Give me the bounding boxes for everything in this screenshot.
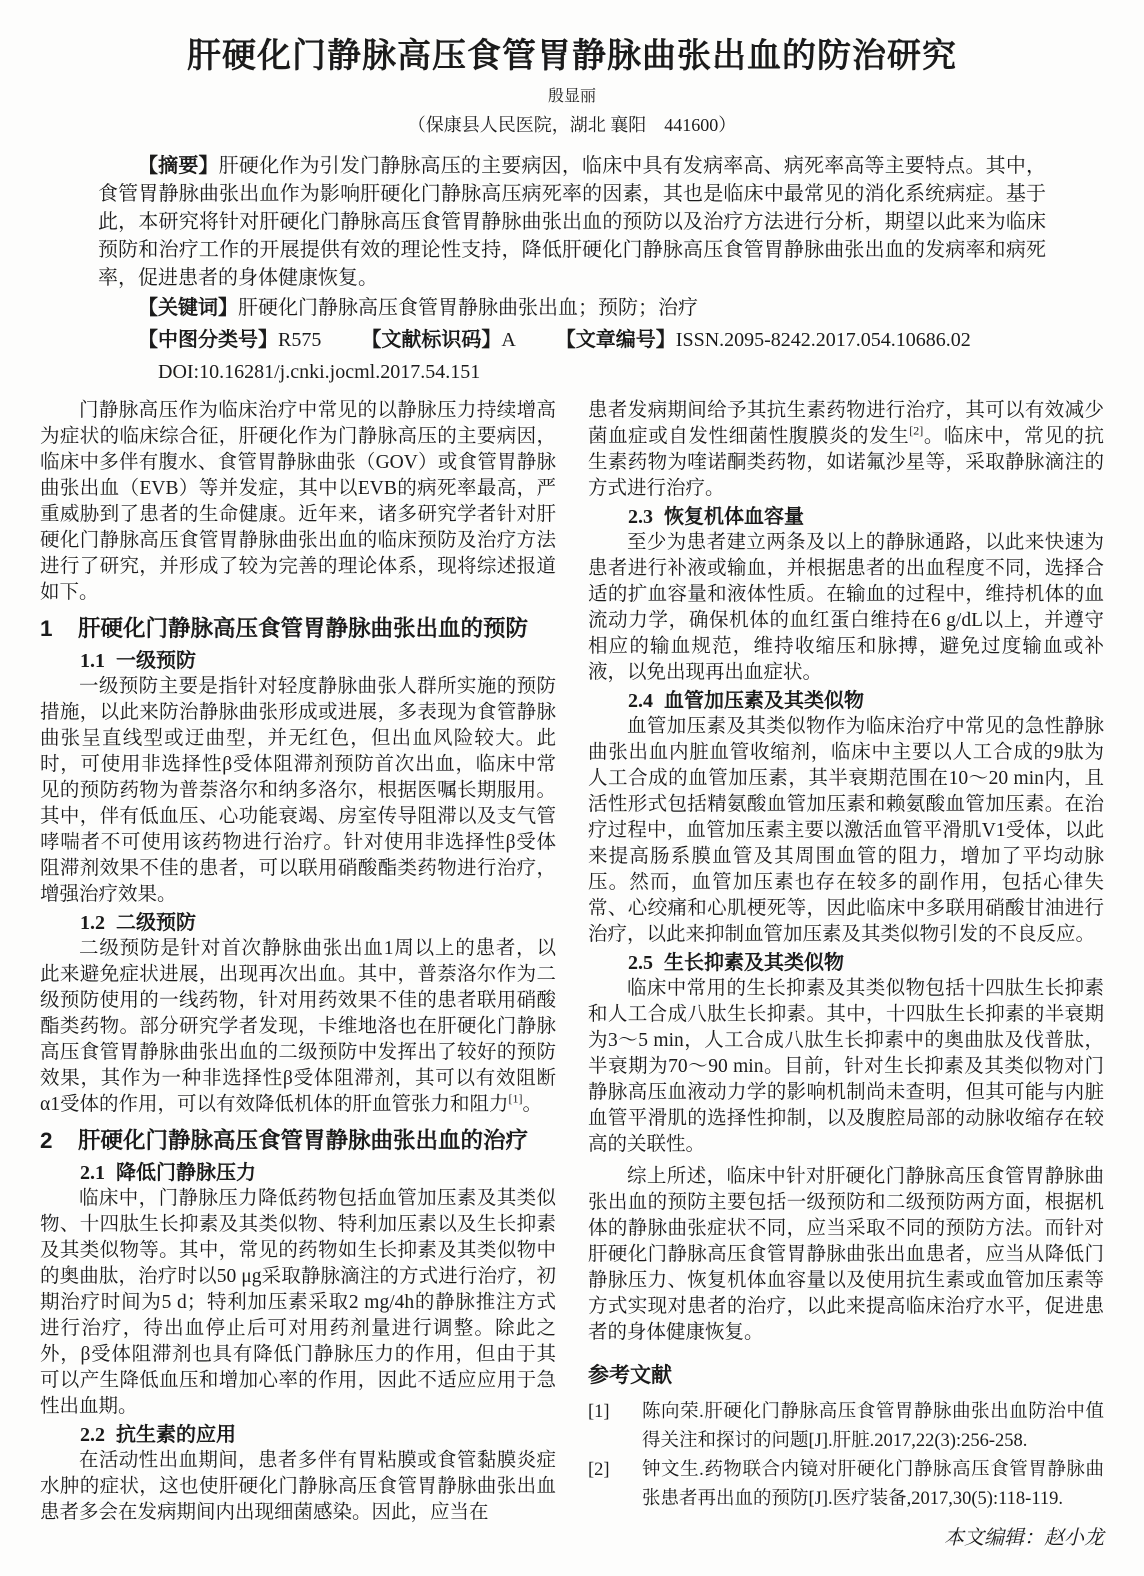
paragraph: 临床中，门静脉压力降低药物包括血管加压素及其类似物、十四肽生长抑素及其类似物、特… bbox=[40, 1186, 556, 1420]
section-number: 1 bbox=[40, 614, 56, 644]
section-title: 肝硬化门静脉高压食管胃静脉曲张出血的治疗 bbox=[78, 1128, 528, 1153]
classification-line: 【中图分类号】R575 【文献标识码】A 【文章编号】ISSN.2095-824… bbox=[98, 326, 1046, 354]
paragraph: 综上所述，临床中针对肝硬化门静脉高压食管胃静脉曲张出血的预防主要包括一级预防和二… bbox=[588, 1164, 1104, 1346]
subsection-number: 1.2 bbox=[80, 912, 105, 934]
abstract-text: 肝硬化作为引发门静脉高压的主要病因，临床中具有发病率高、病死率高等主要特点。其中… bbox=[98, 155, 1046, 289]
doc-code-label: 【文献标识码】 bbox=[361, 329, 501, 351]
article-no-label: 【文章编号】 bbox=[556, 329, 676, 351]
clc-value: R575 bbox=[278, 329, 321, 351]
paragraph: 在活动性出血期间，患者多伴有胃粘膜或食管黏膜炎症水肿的症状，这也使肝硬化门静脉高… bbox=[40, 1448, 556, 1526]
column-left: 门静脉高压作为临床治疗中常见的以静脉压力持续增高为症状的临床综合征，肝硬化作为门… bbox=[40, 398, 556, 1552]
section-number: 2 bbox=[40, 1126, 56, 1156]
subsection-number: 1.1 bbox=[80, 650, 105, 672]
subsection-heading: 2.4血管加压素及其类似物 bbox=[588, 688, 1104, 714]
abstract-label: 【摘要】 bbox=[138, 155, 219, 177]
paragraph: 二级预防是针对首次静脉曲张出血1周以上的患者，以此来避免症状进展，出现再次出血。… bbox=[40, 936, 556, 1118]
keywords-line: 【关键词】肝硬化门静脉高压食管胃静脉曲张出血；预防；治疗 bbox=[98, 294, 1046, 322]
subsection-title: 降低门静脉压力 bbox=[116, 1162, 256, 1184]
reference-text: 陈向荣.肝硬化门静脉高压食管胃静脉曲张出血防治中值得关注和探讨的问题[J].肝脏… bbox=[642, 1398, 1104, 1456]
subsection-heading: 2.2抗生素的应用 bbox=[40, 1422, 556, 1448]
subsection-title: 恢复机体血容量 bbox=[664, 506, 804, 528]
author-name: 殷显丽 bbox=[40, 86, 1104, 108]
paper-page: 肝硬化门静脉高压食管胃静脉曲张出血的防治研究 殷显丽 （保康县人民医院，湖北 襄… bbox=[0, 0, 1144, 1576]
paragraph: 至少为患者建立两条及以上的静脉通路，以此来快速为患者进行补液或输血，并根据患者的… bbox=[588, 530, 1104, 686]
reference-item: [1]陈向荣.肝硬化门静脉高压食管胃静脉曲张出血防治中值得关注和探讨的问题[J]… bbox=[588, 1398, 1104, 1456]
reference-text: 钟文生.药物联合内镜对肝硬化门静脉高压食管胃静脉曲张患者再出血的预防[J].医疗… bbox=[642, 1456, 1104, 1514]
article-no-value: ISSN.2095-8242.2017.054.10686.02 bbox=[676, 329, 971, 351]
keywords-label: 【关键词】 bbox=[138, 297, 238, 319]
column-right: 患者发病期间给予其抗生素药物进行治疗，其可以有效减少菌血症或自发性细菌性腹膜炎的… bbox=[588, 398, 1104, 1552]
clc-item: 【中图分类号】R575 bbox=[138, 326, 321, 354]
subsection-title: 生长抑素及其类似物 bbox=[664, 952, 844, 974]
affiliation: （保康县人民医院，湖北 襄阳 441600） bbox=[40, 112, 1104, 138]
subsection-heading: 1.1一级预防 bbox=[40, 648, 556, 674]
subsection-number: 2.5 bbox=[628, 952, 653, 974]
section-title: 肝硬化门静脉高压食管胃静脉曲张出血的预防 bbox=[78, 616, 528, 641]
subsection-number: 2.4 bbox=[628, 690, 653, 712]
article-no-item: 【文章编号】ISSN.2095-8242.2017.054.10686.02 bbox=[556, 326, 971, 354]
subsection-title: 二级预防 bbox=[116, 912, 196, 934]
paragraph: 门静脉高压作为临床治疗中常见的以静脉压力持续增高为症状的临床综合征，肝硬化作为门… bbox=[40, 398, 556, 606]
editor-note: 本文编辑：赵小龙 bbox=[588, 1524, 1104, 1552]
subsection-heading: 2.5生长抑素及其类似物 bbox=[588, 950, 1104, 976]
subsection-heading: 2.3恢复机体血容量 bbox=[588, 504, 1104, 530]
reference-item: [2]钟文生.药物联合内镜对肝硬化门静脉高压食管胃静脉曲张患者再出血的预防[J]… bbox=[588, 1456, 1104, 1514]
paragraph: 患者发病期间给予其抗生素药物进行治疗，其可以有效减少菌血症或自发性细菌性腹膜炎的… bbox=[588, 398, 1104, 502]
references-heading: 参考文献 bbox=[588, 1362, 1104, 1390]
subsection-number: 2.1 bbox=[80, 1162, 105, 1184]
page-title: 肝硬化门静脉高压食管胃静脉曲张出血的防治研究 bbox=[40, 34, 1104, 80]
article-body: 门静脉高压作为临床治疗中常见的以静脉压力持续增高为症状的临床综合征，肝硬化作为门… bbox=[40, 398, 1104, 1552]
subsection-title: 抗生素的应用 bbox=[116, 1424, 236, 1446]
subsection-heading: 1.2二级预防 bbox=[40, 910, 556, 936]
reference-number: [1] bbox=[588, 1398, 642, 1456]
front-matter: 【摘要】肝硬化作为引发门静脉高压的主要病因，临床中具有发病率高、病死率高等主要特… bbox=[98, 152, 1046, 386]
paragraph: 临床中常用的生长抑素及其类似物包括十四肽生长抑素和人工合成八肽生长抑素。其中，十… bbox=[588, 976, 1104, 1158]
subsection-title: 一级预防 bbox=[116, 650, 196, 672]
section-heading: 2肝硬化门静脉高压食管胃静脉曲张出血的治疗 bbox=[40, 1126, 556, 1156]
abstract: 【摘要】肝硬化作为引发门静脉高压的主要病因，临床中具有发病率高、病死率高等主要特… bbox=[98, 152, 1046, 292]
subsection-title: 血管加压素及其类似物 bbox=[664, 690, 864, 712]
keywords-text: 肝硬化门静脉高压食管胃静脉曲张出血；预防；治疗 bbox=[238, 297, 698, 319]
clc-label: 【中图分类号】 bbox=[138, 329, 278, 351]
subsection-heading: 2.1降低门静脉压力 bbox=[40, 1160, 556, 1186]
doi-line: DOI:10.16281/j.cnki.jocml.2017.54.151 bbox=[98, 358, 1046, 386]
paragraph: 血管加压素及其类似物作为临床治疗中常见的急性静脉曲张出血内脏血管收缩剂，临床中主… bbox=[588, 714, 1104, 948]
doc-code-item: 【文献标识码】A bbox=[361, 326, 515, 354]
subsection-number: 2.2 bbox=[80, 1424, 105, 1446]
reference-number: [2] bbox=[588, 1456, 642, 1514]
paragraph: 一级预防主要是指针对轻度静脉曲张人群所实施的预防措施，以此来防治静脉曲张形成或进… bbox=[40, 674, 556, 908]
subsection-number: 2.3 bbox=[628, 506, 653, 528]
doc-code-value: A bbox=[501, 329, 515, 351]
section-heading: 1肝硬化门静脉高压食管胃静脉曲张出血的预防 bbox=[40, 614, 556, 644]
